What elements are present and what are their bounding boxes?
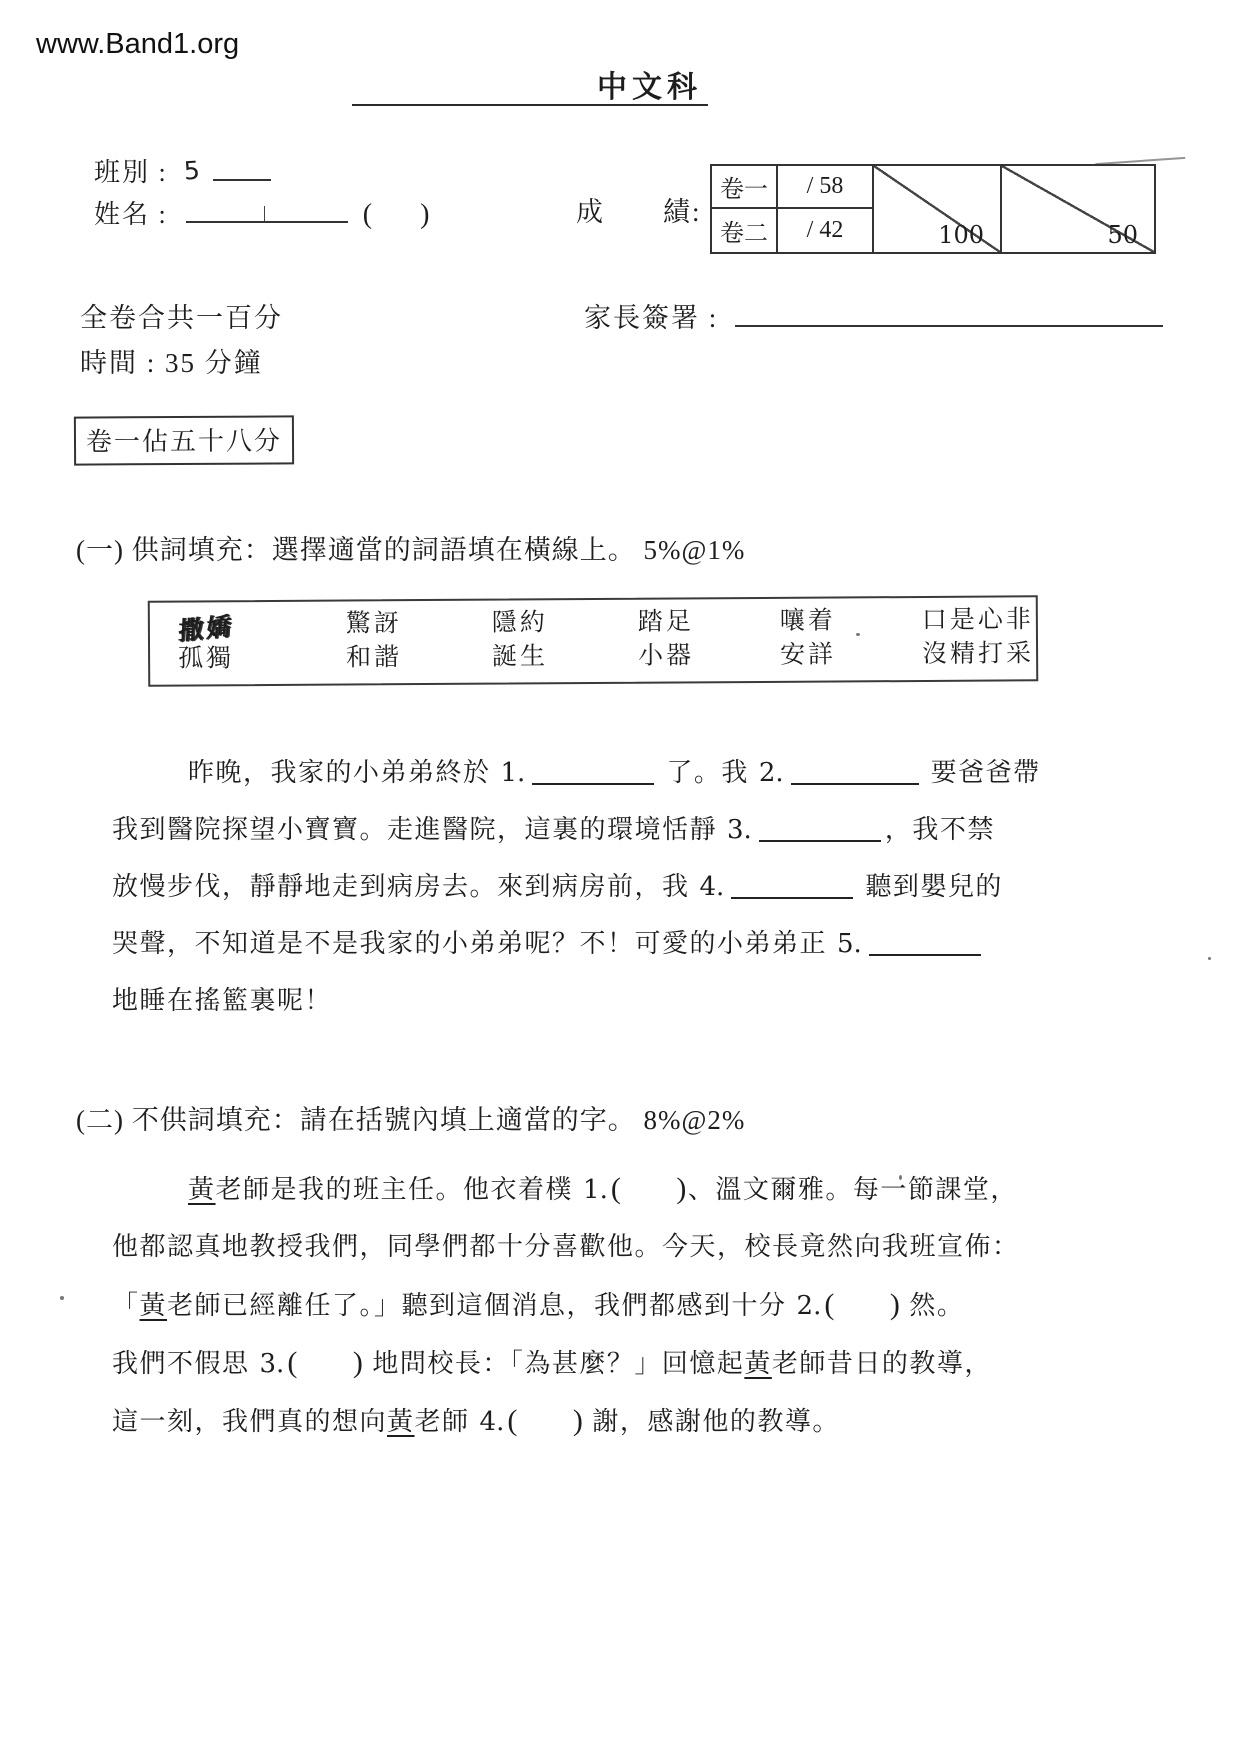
paragraph-line: 他都認真地教授我們，同學們都十分喜歡他。今天，校長竟然向我班宣佈： — [112, 1218, 1182, 1276]
section-one-paragraph: 昨晚，我家的小弟弟終於 1. 了。我 2. 要爸爸帶我到醫院探望小寶寶。走進醫院… — [112, 744, 1172, 1029]
class-label: 班別 : — [94, 158, 168, 187]
bracket-close: ) — [676, 1172, 688, 1205]
fill-blank-bracket: () — [287, 1349, 364, 1378]
text-run: 昨晚，我家的小弟弟終於 — [188, 758, 499, 787]
scan-speck — [1208, 957, 1211, 960]
score-row2-label: 卷二 — [712, 209, 778, 252]
word-bank-item: 嚷着 — [780, 604, 922, 639]
text-run: 老師已經離任了。」聽到這個消息，我們都感到十分 — [167, 1291, 795, 1320]
text-run: 老師是我的班主任。他衣着樸 — [216, 1175, 582, 1204]
parent-sign-blank-line — [735, 303, 1163, 327]
text-run: 我到醫院探望小寶寶。走進醫院，這裏的環境恬靜 — [112, 815, 725, 844]
word-bank-item: 誕生 — [492, 640, 638, 675]
proper-noun-underlined: 黃 — [140, 1291, 168, 1320]
bracket-open: ( — [507, 1404, 519, 1437]
bracket-close: ) — [573, 1404, 585, 1437]
word-bank-row: 撒嬌驚訝隱約踏足嚷着口是心非 — [150, 603, 1036, 642]
fill-blank-bracket: () — [507, 1407, 584, 1436]
fill-blank-bracket: () — [611, 1175, 688, 1204]
word-bank-item: 口是心非 — [922, 603, 1064, 638]
fill-blank-line — [532, 753, 654, 785]
proper-noun-underlined: 黃 — [744, 1349, 772, 1378]
fill-blank-line — [759, 810, 881, 842]
paragraph-line: 這一刻，我們真的想向黃老師 4.() 謝，感謝他的教導。 — [112, 1392, 1182, 1450]
scan-speck — [899, 1175, 902, 1180]
paper-one-note-box: 卷一佔五十八分 — [74, 415, 294, 465]
text-run: 聽到嬰兒的 — [857, 872, 1003, 901]
text-run: 「 — [112, 1291, 140, 1320]
paragraph-line: 「黃老師已經離任了。」聽到這個消息，我們都感到十分 2.() 然。 — [112, 1276, 1182, 1334]
item-number: 1. — [501, 758, 526, 788]
parent-sign-row: 家長簽署 : — [584, 296, 1163, 335]
paragraph-line: 放慢步伐，靜靜地走到病房去。來到病房前，我 4. 聽到嬰兒的 — [112, 858, 1172, 915]
fill-blank-line — [869, 924, 981, 956]
word-bank-item: 沒精打采 — [922, 637, 1064, 672]
item-number: 2. — [759, 758, 784, 788]
paragraph-line: 昨晚，我家的小弟弟終於 1. 了。我 2. 要爸爸帶 — [112, 744, 1172, 801]
word-bank: 撒嬌驚訝隱約踏足嚷着口是心非孤獨和諧誕生小器安詳沒精打采 — [148, 595, 1039, 686]
bracket-close: ) — [890, 1288, 902, 1321]
score-caption: 成 績: — [576, 190, 702, 229]
paragraph-line: 我到醫院探望小寶寶。走進醫院，這裏的環境恬靜 3.，我不禁 — [112, 801, 1172, 858]
class-blank-line — [213, 159, 271, 181]
site-watermark: www.Band1.org — [36, 28, 239, 61]
pen-scribble-mark — [1095, 147, 1186, 165]
bracket-close: ) — [353, 1346, 365, 1379]
paragraph-line: 黃老師是我的班主任。他衣着樸 1.()、溫文爾雅。每一節課堂， — [112, 1160, 1182, 1218]
class-row: 班別 : 5 — [94, 152, 271, 189]
word-bank-item: 驚訝 — [346, 607, 492, 642]
text-run: 、溫文爾雅。每一節課堂， — [688, 1175, 1018, 1204]
text-run: 老師昔日的教導， — [772, 1349, 992, 1378]
word-bank-item: 小器 — [638, 639, 780, 674]
name-row: 姓名 : () — [94, 194, 431, 231]
word-bank-row: 孤獨和諧誕生小器安詳沒精打采 — [150, 637, 1036, 676]
section-one-heading: (一) 供詞填充：選擇適當的詞語填在橫線上。 5%@1% — [76, 528, 745, 567]
score-row1-value: / 58 — [778, 166, 874, 209]
text-run: 地問校長：「為甚麼？」回憶起 — [364, 1349, 744, 1378]
name-label: 姓名 : — [94, 200, 168, 229]
paragraph-line: 我們不假思 3.() 地問校長：「為甚麼？」回憶起黃老師昔日的教導， — [112, 1334, 1182, 1392]
text-run: 他都認真地教授我們，同學們都十分喜歡他。今天，校長竟然向我班宣佈： — [112, 1232, 1020, 1261]
name-bracket: () — [363, 199, 432, 230]
item-number: 3. — [260, 1349, 285, 1379]
text-run: 謝，感謝他的教導。 — [584, 1407, 840, 1436]
text-run: 我們不假思 — [112, 1349, 258, 1378]
fill-blank-bracket: () — [824, 1291, 901, 1320]
name-blank-line — [186, 201, 348, 223]
scan-speck — [856, 633, 860, 636]
text-run: 然。 — [901, 1291, 964, 1320]
paragraph-line: 地睡在搖籃裏呢！ — [112, 972, 1172, 1029]
word-bank-item: 安詳 — [780, 638, 922, 673]
scan-speck — [60, 1296, 64, 1300]
score-table: 卷一 / 58 100 50 卷二 / 42 — [710, 164, 1156, 254]
item-number: 1. — [583, 1175, 608, 1205]
word-bank-item: 隱約 — [492, 606, 638, 641]
bracket-open: ( — [611, 1172, 623, 1205]
section-two-paragraph: 黃老師是我的班主任。他衣着樸 1.()、溫文爾雅。每一節課堂，他都認真地教授我們… — [112, 1160, 1182, 1450]
text-run: ，我不禁 — [885, 815, 995, 844]
item-number: 4. — [480, 1407, 505, 1437]
item-number: 2. — [797, 1291, 822, 1321]
word-bank-item: 踏足 — [638, 605, 780, 640]
fill-blank-line — [791, 753, 919, 785]
text-run: 這一刻，我們真的想向 — [112, 1407, 387, 1436]
proper-noun-underlined: 黃 — [387, 1407, 415, 1436]
bracket-open: ( — [824, 1288, 836, 1321]
item-number: 3. — [727, 815, 752, 845]
score-row1-label: 卷一 — [712, 166, 778, 209]
item-number: 5. — [837, 929, 862, 959]
proper-noun-underlined: 黃 — [188, 1175, 216, 1204]
score-total: 100 — [938, 221, 984, 249]
bracket-open: ( — [287, 1346, 299, 1379]
text-run: 地睡在搖籃裏呢！ — [112, 986, 332, 1015]
class-value-handwritten: 5 — [183, 155, 203, 185]
pen-tick-mark — [264, 206, 265, 221]
time-note: 時間 : 35 分鐘 — [80, 341, 263, 380]
text-run: 哭聲，不知道是不是我家的小弟弟呢？不！可愛的小弟弟正 — [112, 929, 835, 958]
fill-blank-line — [731, 867, 853, 899]
title-underline: 中文科 — [352, 58, 708, 106]
word-bank-item: 和諧 — [346, 641, 492, 676]
score-half-cell: 50 — [1002, 166, 1154, 252]
parent-sign-label: 家長簽署 : — [584, 303, 718, 333]
full-marks-note: 全卷合共一百分 — [80, 296, 283, 335]
exam-page: www.Band1.org 中文科 班別 : 5 姓名 : () 成 績: 卷一… — [0, 0, 1240, 1754]
section-two-heading: (二) 不供詞填充：請在括號內填上適當的字。 8%@2% — [76, 1098, 745, 1137]
score-half: 50 — [1107, 221, 1138, 249]
item-number: 4. — [700, 872, 725, 902]
page-title: 中文科 — [597, 62, 708, 106]
text-run: 要爸爸帶 — [923, 758, 1041, 787]
text-run: 了。我 — [658, 758, 757, 787]
score-row2-value: / 42 — [778, 209, 874, 252]
text-run: 老師 — [415, 1407, 478, 1436]
text-run: 放慢步伐，靜靜地走到病房去。來到病房前，我 — [112, 872, 698, 901]
score-total-cell: 100 — [874, 166, 1002, 252]
paragraph-line: 哭聲，不知道是不是我家的小弟弟呢？不！可愛的小弟弟正 5. — [112, 915, 1172, 972]
